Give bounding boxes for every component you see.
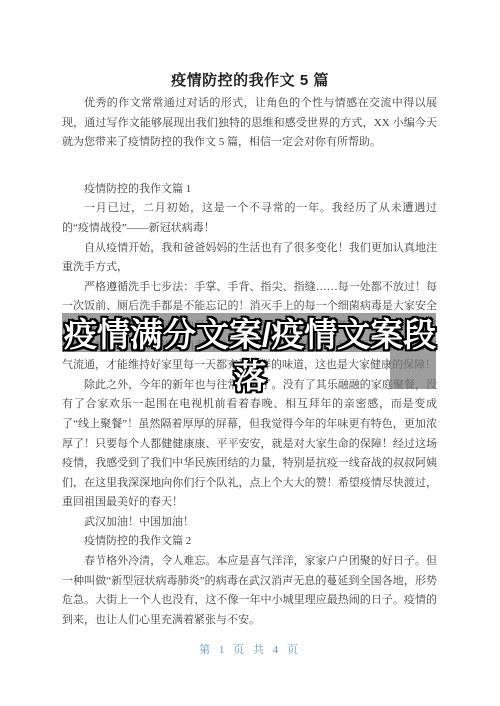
watermark-line-1: 疫情满分文案/疫情文案段 <box>0 314 500 356</box>
page-indicator: 第 1 页 共 4 页 <box>0 641 500 657</box>
essay-paragraph: 优秀的作文常常通过对话的形式，让角色的个性与情感在交流中得以展现，通过写作文能够… <box>62 94 437 153</box>
essay-paragraph: 一月已过，二月初始，这是一个不寻常的一年。我经历了从未遭遇过的“疫情战役”——新… <box>62 199 437 238</box>
essay-paragraph: 春节格外冷清，令人难忘。本应是喜气洋洋，家家户户团聚的好日子。但一种叫做“新型冠… <box>62 552 437 630</box>
essay-paragraph: 武汉加油！中国加油！ <box>62 513 437 533</box>
watermark-text: 疫情满分文案/疫情文案段 落 <box>0 314 500 398</box>
essay-paragraph: 自从疫情开始，我和爸爸妈妈的生活也有了很多变化！我们更加认真地注重洗手方式， <box>62 239 437 278</box>
essay-section-heading: 疫情防控的我作文篇 1 <box>62 180 437 200</box>
document-title: 疫情防控的我作文 5 篇 <box>0 69 500 90</box>
watermark-line-2: 落 <box>0 356 500 398</box>
document-page: 疫情防控的我作文 5 篇 优秀的作文常常通过对话的形式，让角色的个性与情感在交流… <box>0 0 500 706</box>
essay-section-heading: 疫情防控的我作文篇 2 <box>62 532 437 552</box>
